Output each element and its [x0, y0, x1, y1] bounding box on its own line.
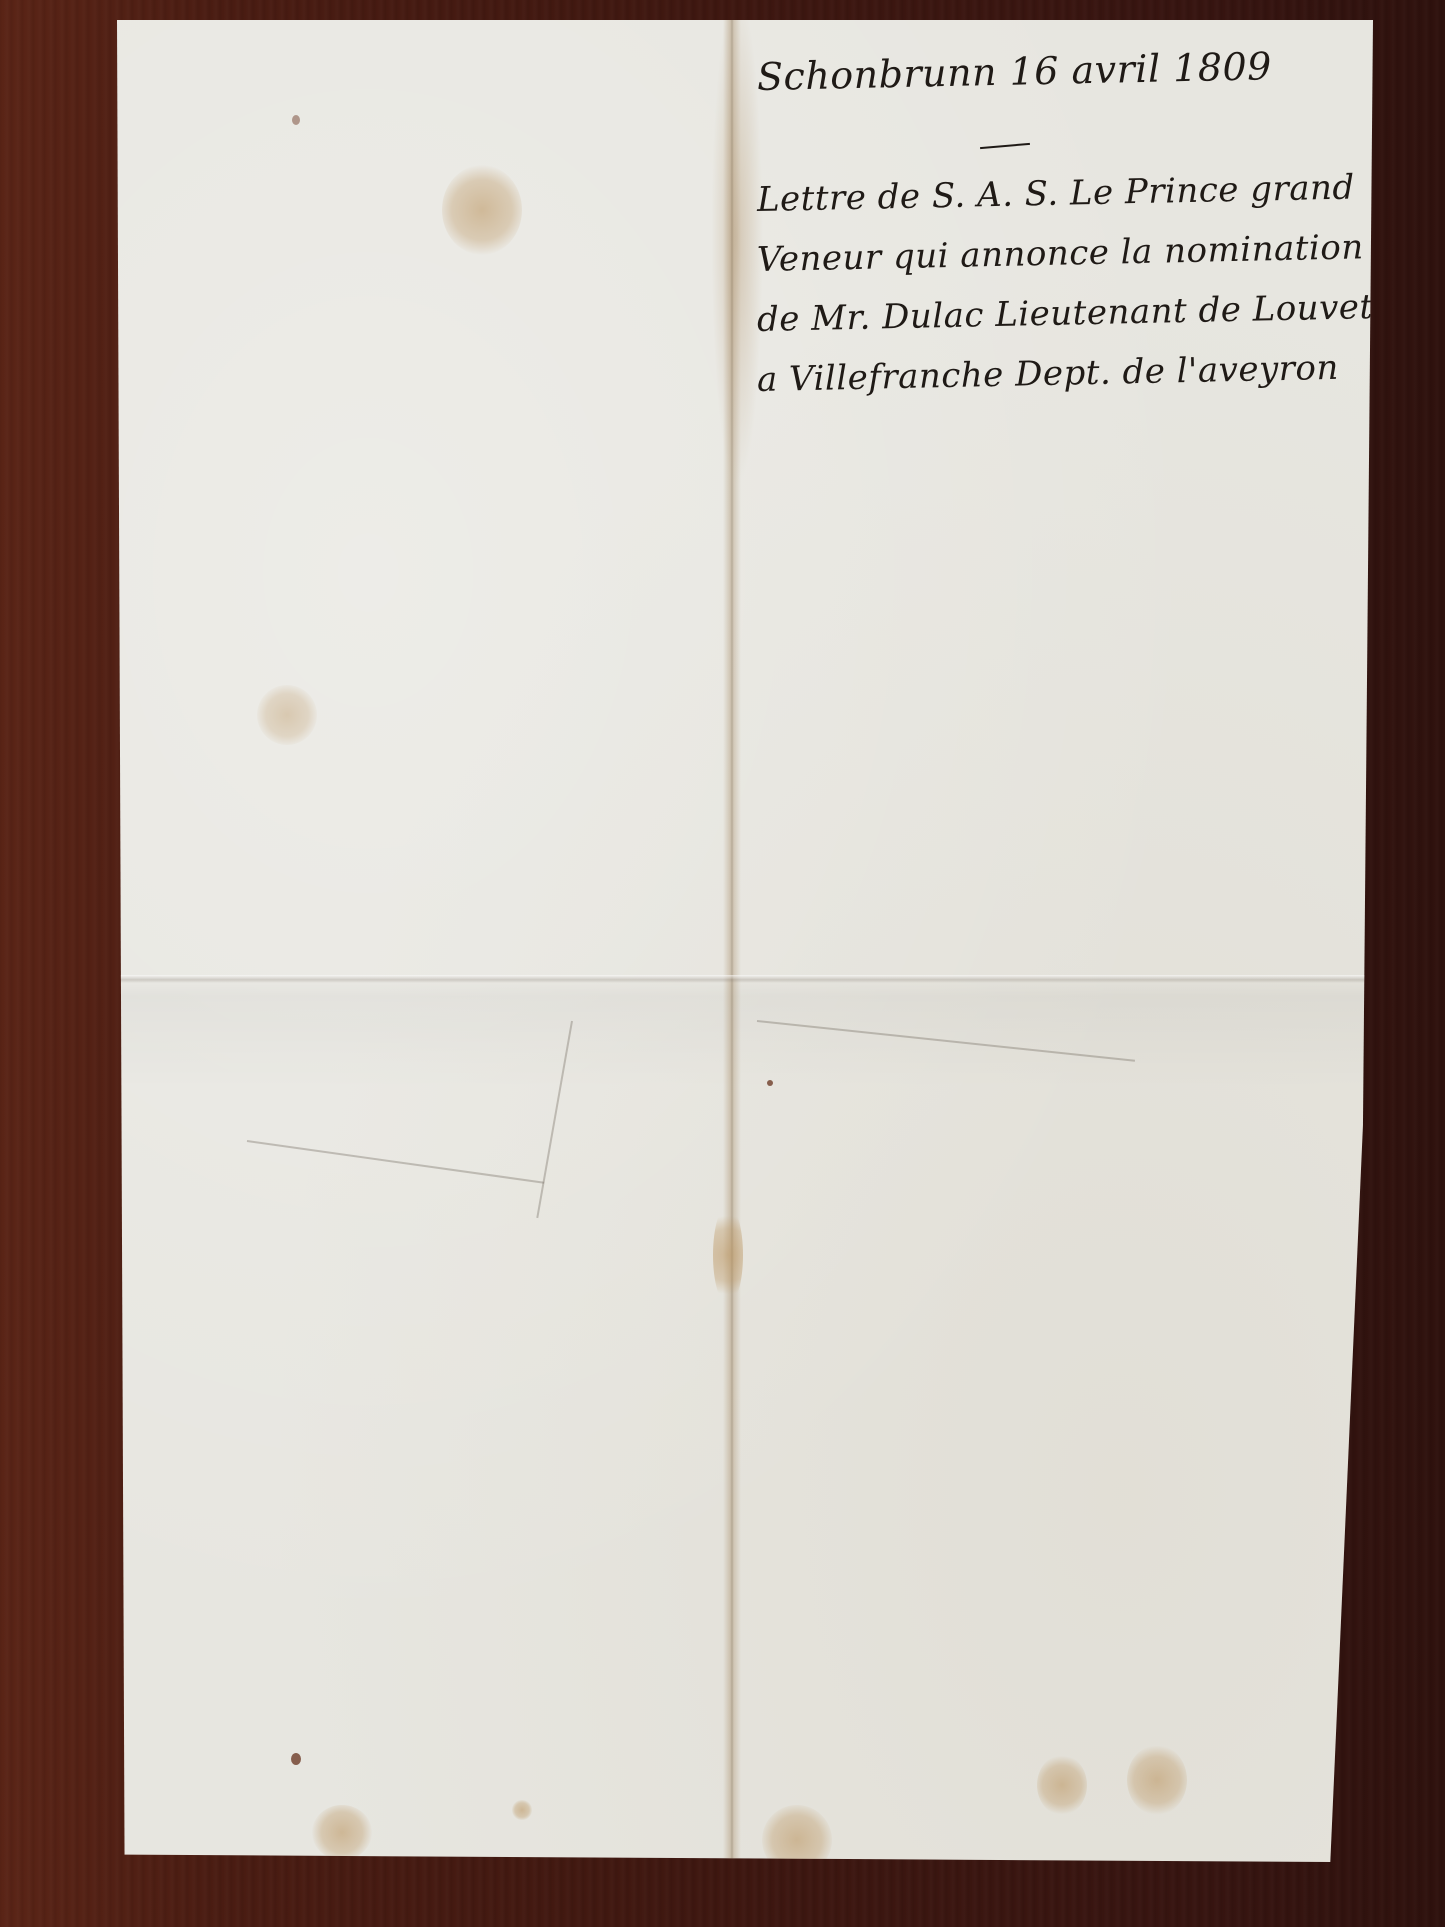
water-stain — [1127, 1745, 1187, 1815]
water-stain — [442, 165, 522, 255]
horizontal-fold — [117, 975, 1373, 983]
letter-sheet: Schonbrunn 16 avril 1809 Lettre de S. A.… — [117, 20, 1373, 1862]
ink-spot — [767, 1080, 773, 1086]
vertical-fold — [723, 20, 741, 1862]
water-stain — [762, 1805, 832, 1875]
ink-spot — [292, 115, 300, 125]
water-stain — [1037, 1755, 1087, 1815]
water-stain — [512, 1800, 532, 1820]
water-stain — [312, 1805, 372, 1860]
water-stain — [257, 685, 317, 745]
fold-stain — [713, 1205, 743, 1305]
ink-spot — [291, 1753, 301, 1765]
